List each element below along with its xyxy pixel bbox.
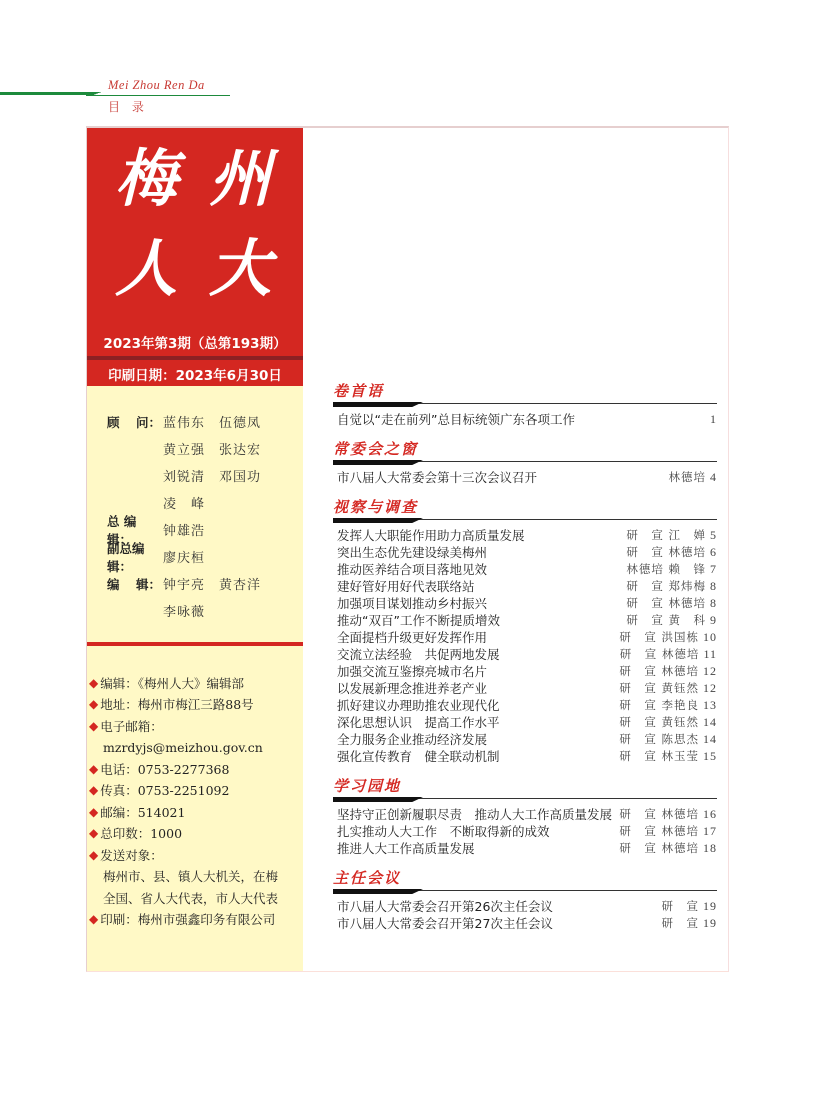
entry-title: 推进人大工作高质量发展 (337, 840, 475, 857)
entry-meta: 研 宣 李艳良13 (619, 697, 717, 714)
contact-row: ◆电话：0753-2277368 (89, 758, 303, 780)
entry-page-number: 17 (703, 824, 717, 838)
entry-meta: 研 宣 林德培8 (626, 595, 717, 612)
entry-meta: 研 宣 黄钰然14 (619, 714, 717, 731)
staff-name: 伍德凤 (219, 412, 261, 431)
entry-title: 自觉以“走在前列”总目标统领广东各项工作 (337, 411, 575, 428)
entry-title: 交流立法经验 共促两地发展 (337, 646, 500, 663)
diamond-bullet-icon: ◆ (89, 805, 98, 819)
toc-entry[interactable]: 坚持守正创新履职尽责 推动人大工作高质量发展研 宣 林德培16 (333, 806, 717, 823)
toc-section: 卷首语自觉以“走在前列”总目标统领广东各项工作1 (333, 380, 717, 428)
section-rule (333, 797, 717, 803)
cover-title-char: 州 (209, 148, 271, 210)
contents-label: 目 录 (108, 98, 148, 115)
entry-meta: 研 宣 陈思杰14 (619, 731, 717, 748)
entry-page-number: 15 (703, 749, 717, 763)
entry-page-number: 8 (710, 579, 717, 593)
staff-name: 黄杏洋 (219, 574, 261, 593)
entry-title: 发挥人大职能作用助力高质量发展 (337, 527, 525, 544)
editorial-staff: 顾问：蓝伟东伍德凤黄立强张达宏刘锐清邓国功凌 峰总 编 辑：钟雄浩副总编辑：廖庆… (87, 408, 303, 624)
header-rule (0, 92, 90, 95)
contact-text: 电话：0753-2277368 (100, 760, 229, 778)
contact-text: 地址：梅州市梅江三路88号 (100, 695, 253, 713)
staff-names: 黄立强张达宏 (163, 439, 261, 458)
issue-number: 2023年第3期（总第193期） (87, 332, 303, 352)
entry-page-number: 5 (710, 528, 717, 542)
entry-page-number: 7 (710, 562, 717, 576)
section-rule (333, 460, 717, 466)
entry-author: 研 宣 林德培 (620, 647, 700, 661)
section-title: 常委会之窗 (333, 438, 717, 460)
toc-entry[interactable]: 强化宣传教育 健全联动机制研 宣 林玉莹15 (333, 748, 717, 765)
entry-meta: 研 宣 黄钰然12 (619, 680, 717, 697)
section-title: 主任会议 (333, 867, 717, 889)
entry-meta: 研 宣 林德培18 (619, 840, 717, 857)
toc-entry[interactable]: 全力服务企业推动经济发展研 宣 陈思杰14 (333, 731, 717, 748)
toc-entry[interactable]: 突出生态优先建设绿美梅州研 宣 林德培6 (333, 544, 717, 561)
entry-title: 抓好建议办理助推农业现代化 (337, 697, 500, 714)
entry-title: 强化宣传教育 健全联动机制 (337, 748, 500, 765)
entry-meta: 研 宣 林德培12 (619, 663, 717, 680)
entry-author: 研 宣 林德培 (626, 545, 706, 559)
diamond-bullet-icon: ◆ (89, 912, 98, 926)
entry-author: 研 宣 林玉莹 (619, 749, 699, 763)
staff-role: 顾问： (87, 413, 163, 431)
section-title: 视察与调查 (333, 496, 717, 518)
diamond-bullet-icon: ◆ (89, 719, 98, 733)
contact-text: mzrdyjs@meizhou.gov.cn (103, 740, 263, 755)
staff-names: 凌 峰 (163, 493, 205, 512)
staff-role: 副总编辑： (87, 539, 163, 575)
entry-author: 研 宣 (662, 916, 700, 930)
toc-section: 视察与调查发挥人大职能作用助力高质量发展研 宣 江 婵5突出生态优先建设绿美梅州… (333, 496, 717, 765)
cover-block: 梅 州 人 大 2023年第3期（总第193期） 印刷日期：2023年6月30日 (87, 128, 303, 386)
staff-names: 蓝伟东伍德凤 (163, 412, 261, 431)
entry-page-number: 8 (710, 596, 717, 610)
contact-row: ◆电子邮箱： (89, 715, 303, 737)
toc-section: 主任会议市八届人大常委会召开第26次主任会议研 宣19市八届人大常委会召开第27… (333, 867, 717, 932)
staff-name: 黄立强 (163, 439, 205, 458)
entry-author: 研 宣 林德培 (626, 596, 706, 610)
diamond-bullet-icon: ◆ (89, 762, 98, 776)
toc-entry[interactable]: 深化思想认识 提高工作水平研 宣 黄钰然14 (333, 714, 717, 731)
entry-page-number: 10 (703, 630, 717, 644)
toc-entry[interactable]: 推进人大工作高质量发展研 宣 林德培18 (333, 840, 717, 857)
entry-author: 研 宣 黄 科 (626, 613, 706, 627)
entry-author: 研 宣 洪国栋 (619, 630, 699, 644)
entry-meta: 研 宣 林德培16 (619, 806, 717, 823)
staff-name: 蓝伟东 (163, 412, 205, 431)
contact-text: 发送对象： (100, 846, 163, 864)
entry-meta: 研 宣19 (662, 915, 718, 932)
cover-title-char: 人 (115, 238, 177, 300)
section-title: 卷首语 (333, 380, 717, 402)
entry-meta: 研 宣 洪国栋10 (619, 629, 717, 646)
entry-meta: 研 宣 林德培11 (620, 646, 717, 663)
diamond-bullet-icon: ◆ (89, 783, 98, 797)
entry-page-number: 14 (703, 715, 717, 729)
entry-author: 研 宣 林德培 (619, 824, 699, 838)
contact-text: 梅州市、县、镇人大机关，在梅 (103, 867, 278, 885)
contact-text: 传真：0753-2251092 (100, 781, 229, 799)
entry-author: 研 宣 (662, 899, 700, 913)
contact-row: ◆地址：梅州市梅江三路88号 (89, 694, 303, 716)
staff-role-label: 辑： (136, 575, 161, 593)
staff-role: 编辑： (87, 575, 163, 593)
contact-row: ◆总印数：1000 (89, 823, 303, 845)
entry-page-number: 12 (703, 681, 717, 695)
entry-page-number: 1 (710, 412, 717, 426)
entry-author: 林德培 (669, 470, 707, 484)
toc-entry[interactable]: 推动“双百”工作不断提质增效研 宣 黄 科9 (333, 612, 717, 629)
issue-divider (87, 356, 303, 360)
toc-entry[interactable]: 抓好建议办理助推农业现代化研 宣 李艳良13 (333, 697, 717, 714)
staff-role-label: 编 (107, 575, 120, 593)
entry-title: 突出生态优先建设绿美梅州 (337, 544, 487, 561)
toc-entry[interactable]: 扎实推动人大工作 不断取得新的成效研 宣 林德培17 (333, 823, 717, 840)
staff-names: 李咏薇 (163, 601, 205, 620)
staff-row: 黄立强张达宏 (87, 435, 303, 462)
entry-title: 市八届人大常委会召开第27次主任会议 (337, 915, 553, 932)
staff-row: 刘锐清邓国功 (87, 462, 303, 489)
entry-page-number: 13 (703, 698, 717, 712)
entry-page-number: 14 (703, 732, 717, 746)
print-date: 印刷日期：2023年6月30日 (87, 364, 303, 384)
entry-author: 研 宣 郑炜梅 (626, 579, 706, 593)
entry-author: 研 宣 江 婵 (626, 528, 706, 542)
toc-entry[interactable]: 交流立法经验 共促两地发展研 宣 林德培11 (333, 646, 717, 663)
staff-name: 钟宇亮 (163, 574, 205, 593)
entry-title: 加强项目谋划推动乡村振兴 (337, 595, 487, 612)
contact-text: 电子邮箱： (100, 717, 163, 735)
staff-role-label: 顾 (107, 413, 120, 431)
staff-names: 刘锐清邓国功 (163, 466, 261, 485)
staff-names: 钟雄浩 (163, 520, 205, 539)
toc-entry[interactable]: 市八届人大常委会召开第27次主任会议研 宣19 (333, 915, 717, 932)
staff-role-label: 副总编辑： (107, 539, 161, 575)
staff-name: 刘锐清 (163, 466, 205, 485)
staff-name: 张达宏 (219, 439, 261, 458)
diamond-bullet-icon: ◆ (89, 826, 98, 840)
entry-meta: 研 宣19 (662, 898, 718, 915)
entry-meta: 研 宣 江 婵5 (626, 527, 717, 544)
contact-row: ◆邮编：514021 (89, 801, 303, 823)
entry-title: 建好管好用好代表联络站 (337, 578, 475, 595)
contact-row: ◆编辑：《梅州人大》编辑部 (89, 672, 303, 694)
cover-title-char: 梅 (115, 148, 177, 210)
staff-name: 李咏薇 (163, 601, 205, 620)
entry-page-number: 19 (703, 899, 717, 913)
contact-text: 全国、省人大代表，市人大代表 (103, 889, 278, 907)
contact-text: 邮编：514021 (100, 803, 185, 821)
entry-page-number: 11 (703, 647, 717, 661)
entry-title: 推动医养结合项目落地见效 (337, 561, 487, 578)
entry-title: 扎实推动人大工作 不断取得新的成效 (337, 823, 550, 840)
contact-text: 编辑：《梅州人大》编辑部 (100, 674, 244, 692)
entry-page-number: 9 (710, 613, 717, 627)
entry-author: 研 宣 黄钰然 (619, 715, 699, 729)
entry-author: 研 宣 林德培 (619, 807, 699, 821)
entry-page-number: 19 (703, 916, 717, 930)
section-title: 学习园地 (333, 775, 717, 797)
entry-author: 研 宣 林德培 (619, 664, 699, 678)
contact-row: 全国、省人大代表，市人大代表 (89, 887, 303, 909)
entry-author: 研 宣 陈思杰 (619, 732, 699, 746)
staff-names: 廖庆桓 (163, 547, 205, 566)
staff-names: 钟宇亮黄杏洋 (163, 574, 261, 593)
staff-name: 钟雄浩 (163, 520, 205, 539)
entry-title: 推动“双百”工作不断提质增效 (337, 612, 500, 629)
toc-section: 常委会之窗市八届人大常委会第十三次会议召开林德培4 (333, 438, 717, 486)
contact-row: ◆印刷：梅州市强鑫印务有限公司 (89, 909, 303, 931)
header-rule-thin (88, 95, 230, 96)
entry-author: 研 宣 黄钰然 (619, 681, 699, 695)
toc-section: 学习园地坚持守正创新履职尽责 推动人大工作高质量发展研 宣 林德培16扎实推动人… (333, 775, 717, 857)
staff-name: 廖庆桓 (163, 547, 205, 566)
toc-entry[interactable]: 建好管好用好代表联络站研 宣 郑炜梅8 (333, 578, 717, 595)
entry-author: 林德培 赖 锋 (626, 562, 706, 576)
entry-meta: 研 宣 林德培6 (626, 544, 717, 561)
entry-meta: 1 (706, 411, 717, 428)
entry-title: 市八届人大常委会第十三次会议召开 (337, 469, 537, 486)
staff-row: 李咏薇 (87, 597, 303, 624)
toc-entry[interactable]: 自觉以“走在前列”总目标统领广东各项工作1 (333, 411, 717, 428)
entry-meta: 研 宣 林玉莹15 (619, 748, 717, 765)
cover-title-char: 大 (209, 238, 271, 300)
entry-meta: 研 宣 黄 科9 (626, 612, 717, 629)
entry-author: 研 宣 林德培 (619, 841, 699, 855)
entry-title: 市八届人大常委会召开第26次主任会议 (337, 898, 553, 915)
staff-row: 副总编辑：廖庆桓 (87, 543, 303, 570)
entry-meta: 研 宣 林德培17 (619, 823, 717, 840)
staff-name: 凌 峰 (163, 493, 205, 512)
toc-entry[interactable]: 以发展新理念推进养老产业研 宣 黄钰然12 (333, 680, 717, 697)
entry-page-number: 12 (703, 664, 717, 678)
entry-page-number: 18 (703, 841, 717, 855)
toc-entry[interactable]: 推动医养结合项目落地见效林德培 赖 锋7 (333, 561, 717, 578)
entry-author: 研 宣 李艳良 (619, 698, 699, 712)
section-rule (333, 518, 717, 524)
entry-title: 全面提档升级更好发挥作用 (337, 629, 487, 646)
entry-meta: 林德培 赖 锋7 (626, 561, 717, 578)
entry-title: 以发展新理念推进养老产业 (337, 680, 487, 697)
contact-row: 梅州市、县、镇人大机关，在梅 (89, 866, 303, 888)
masthead-column: 梅 州 人 大 2023年第3期（总第193期） 印刷日期：2023年6月30日… (87, 128, 303, 971)
contact-row: ◆发送对象： (89, 844, 303, 866)
toc-entry[interactable]: 市八届人大常委会召开第26次主任会议研 宣19 (333, 898, 717, 915)
entry-title: 坚持守正创新履职尽责 推动人大工作高质量发展 (337, 806, 612, 823)
toc-entry[interactable]: 全面提档升级更好发挥作用研 宣 洪国栋10 (333, 629, 717, 646)
entry-title: 全力服务企业推动经济发展 (337, 731, 487, 748)
staff-role-label: 问： (136, 413, 161, 431)
entry-meta: 研 宣 郑炜梅8 (626, 578, 717, 595)
contact-text: 总印数：1000 (100, 824, 182, 842)
staff-row: 编辑：钟宇亮黄杏洋 (87, 570, 303, 597)
section-divider (87, 642, 303, 646)
diamond-bullet-icon: ◆ (89, 848, 98, 862)
section-rule (333, 402, 717, 408)
toc-entry[interactable]: 发挥人大职能作用助力高质量发展研 宣 江 婵5 (333, 527, 717, 544)
toc-entry[interactable]: 市八届人大常委会第十三次会议召开林德培4 (333, 469, 717, 486)
entry-page-number: 6 (710, 545, 717, 559)
brand-english: Mei Zhou Ren Da (108, 78, 205, 93)
section-rule (333, 889, 717, 895)
staff-name: 邓国功 (219, 466, 261, 485)
entry-title: 加强交流互鉴擦亮城市名片 (337, 663, 487, 680)
toc-entry[interactable]: 加强项目谋划推动乡村振兴研 宣 林德培8 (333, 595, 717, 612)
staff-row: 顾问：蓝伟东伍德凤 (87, 408, 303, 435)
toc-entry[interactable]: 加强交流互鉴擦亮城市名片研 宣 林德培12 (333, 663, 717, 680)
entry-meta: 林德培4 (669, 469, 718, 486)
diamond-bullet-icon: ◆ (89, 697, 98, 711)
diamond-bullet-icon: ◆ (89, 676, 98, 690)
entry-title: 深化思想认识 提高工作水平 (337, 714, 500, 731)
contact-row: ◆传真：0753-2251092 (89, 780, 303, 802)
entry-page-number: 4 (710, 470, 717, 484)
entry-page-number: 16 (703, 807, 717, 821)
table-of-contents: 卷首语自觉以“走在前列”总目标统领广东各项工作1常委会之窗市八届人大常委会第十三… (333, 380, 717, 942)
contact-info: ◆编辑：《梅州人大》编辑部◆地址：梅州市梅江三路88号◆电子邮箱：mzrdyjs… (89, 672, 303, 930)
contact-text: 印刷：梅州市强鑫印务有限公司 (100, 910, 275, 928)
contact-row: mzrdyjs@meizhou.gov.cn (89, 737, 303, 759)
